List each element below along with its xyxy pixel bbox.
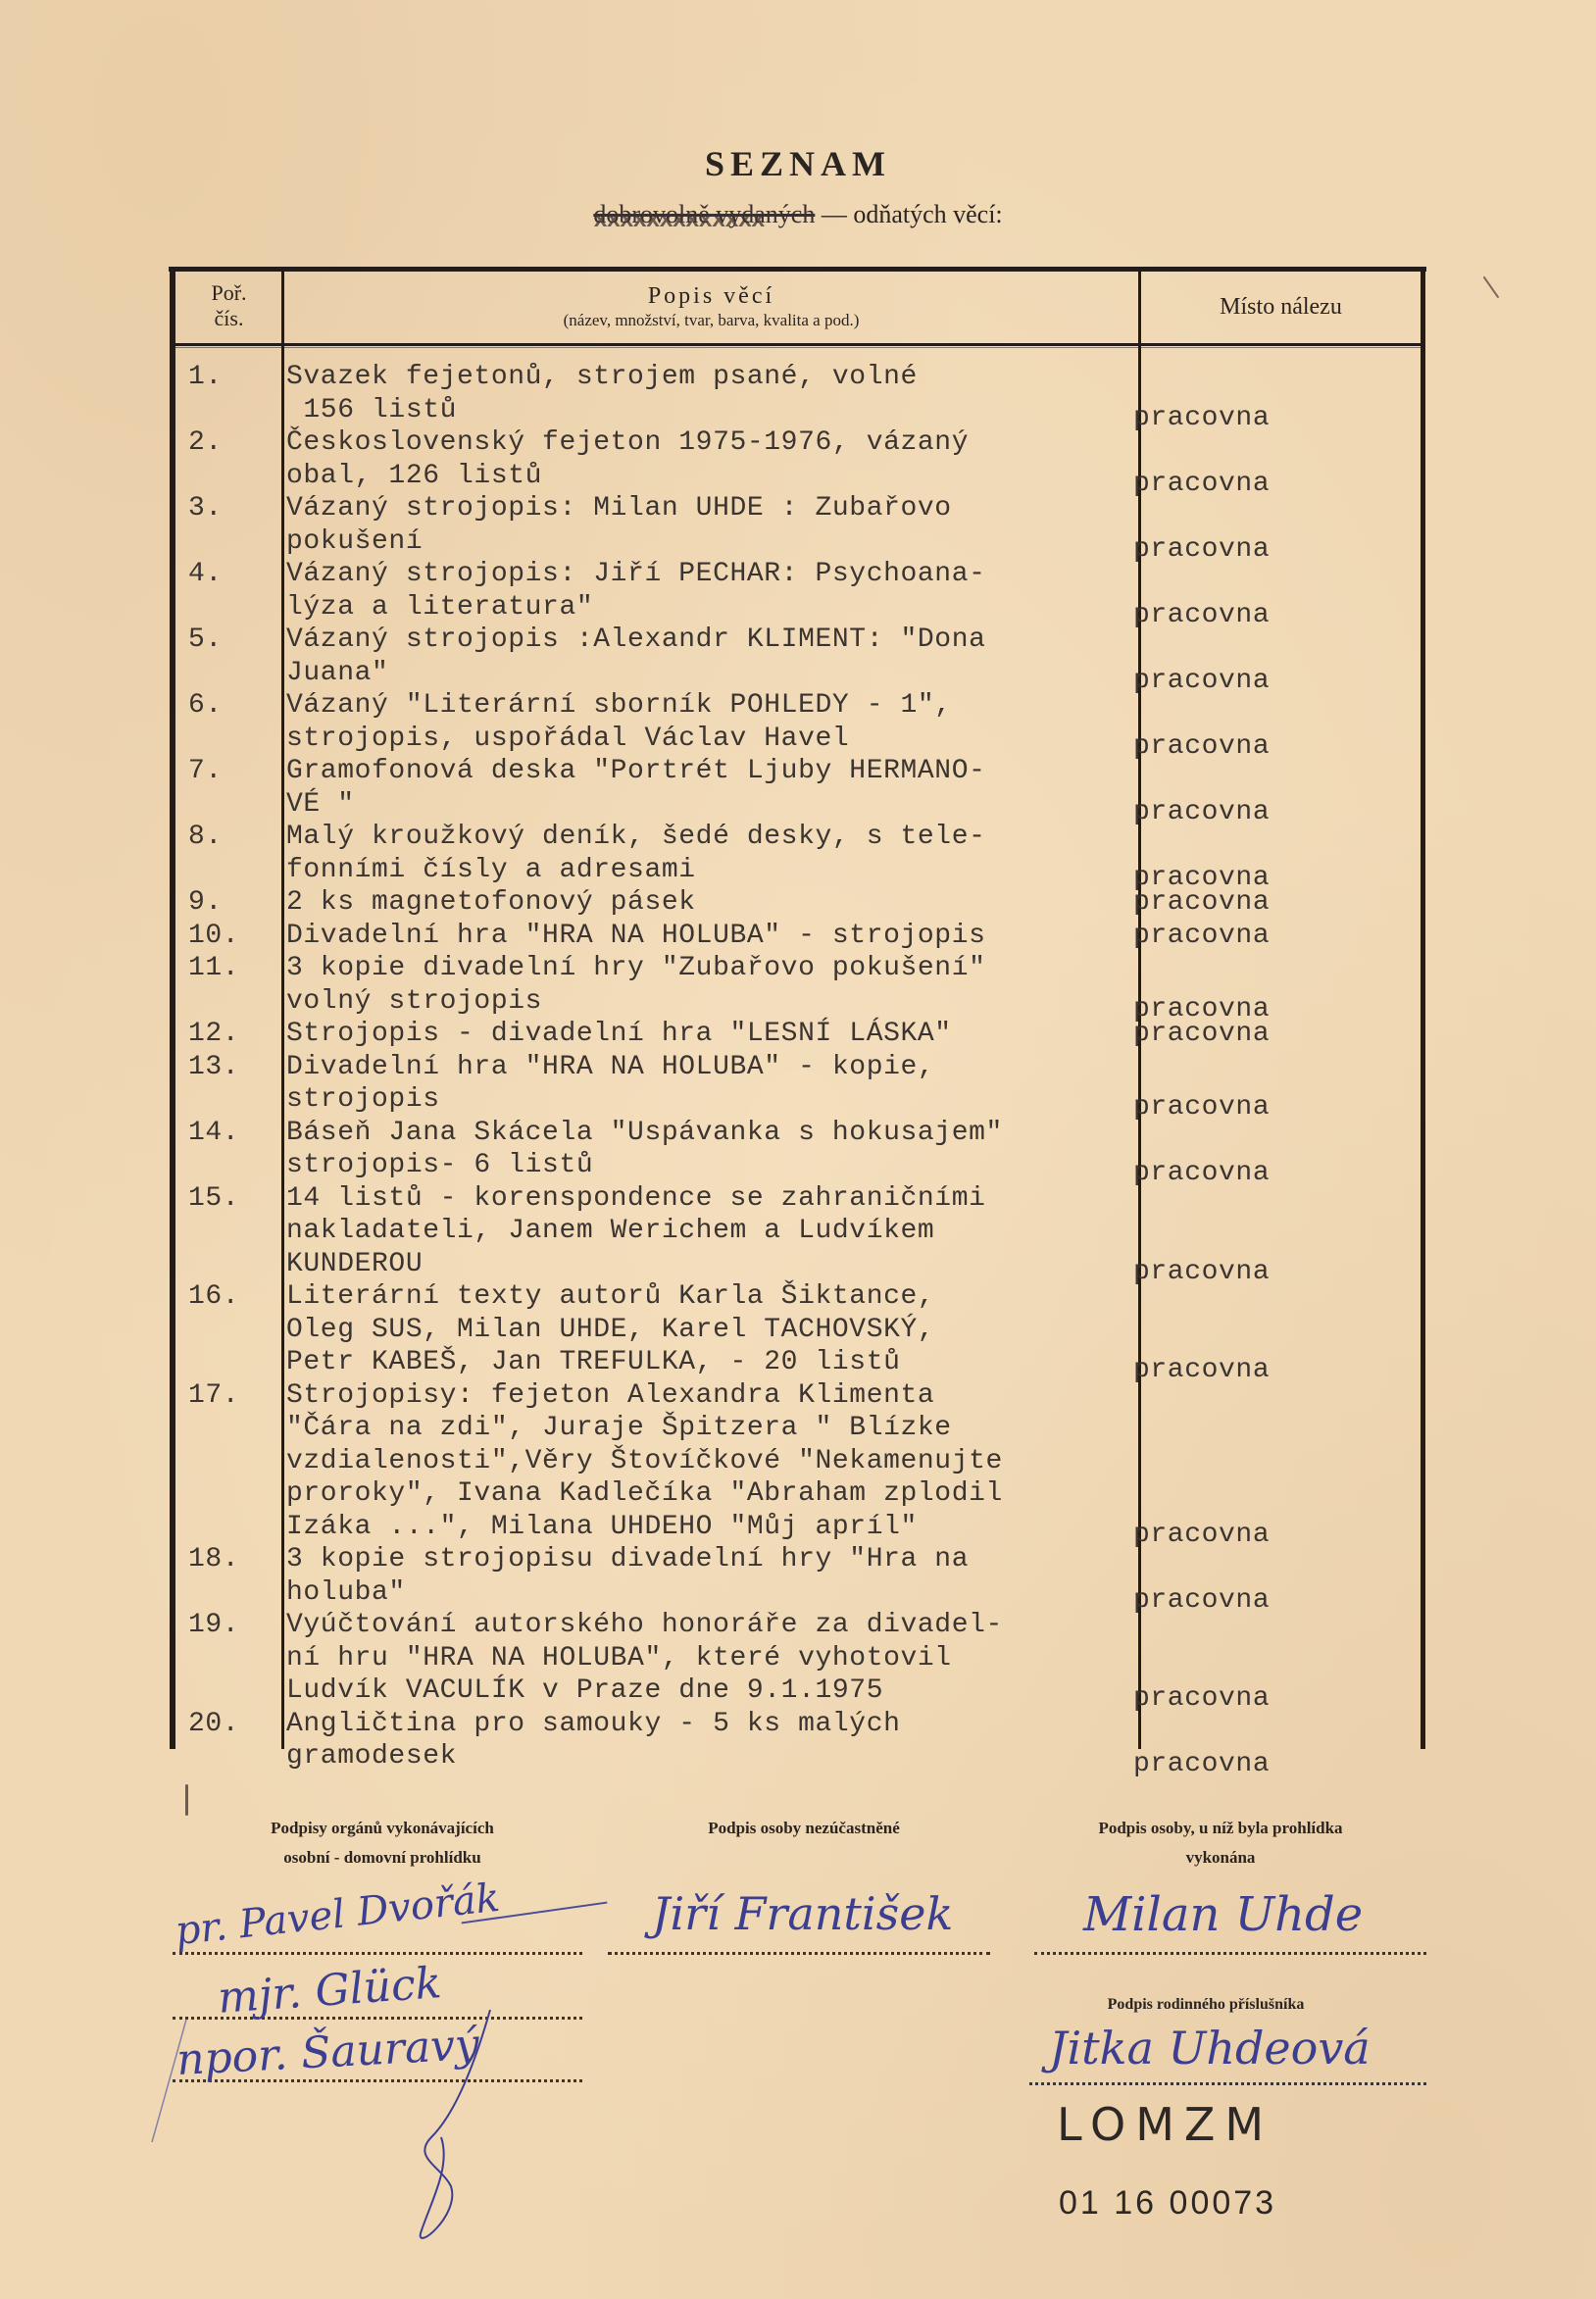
- row-description: Gramofonová deska "Portrét Ljuby HERMANO…: [286, 755, 1139, 821]
- family-signature-line[interactable]: [1029, 2082, 1426, 2085]
- row-description: Malý kroužkový deník, šedé desky, s tele…: [286, 821, 1139, 886]
- row-number: 15.: [188, 1182, 276, 1216]
- header-number-line1: Poř.: [176, 280, 281, 306]
- description-line: Strojopis - divadelní hra "LESNÍ LÁSKA": [286, 1018, 1139, 1051]
- row-location: pracovna: [1133, 796, 1310, 829]
- description-line: Československý fejeton 1975-1976, vázaný: [286, 426, 1139, 460]
- row-number: 12.: [188, 1018, 276, 1051]
- header-location: Místo nálezu: [1141, 294, 1421, 321]
- row-description: Literární texty autorů Karla Šiktance,Ol…: [286, 1280, 1139, 1379]
- header-number: Poř. čís.: [176, 280, 281, 331]
- description-line: strojopis, uspořádal Václav Havel: [286, 723, 1139, 756]
- officer-signature-1: pr. Pavel Dvořák: [174, 1875, 502, 1955]
- header-bottom-border: [173, 343, 1422, 346]
- family-label: Podpis rodinného příslušníka: [1059, 1990, 1353, 2020]
- row-description: Divadelní hra "HRA NA HOLUBA" - strojopi…: [286, 920, 1139, 953]
- witness-signature-line[interactable]: [608, 1952, 990, 1955]
- description-line: Strojopisy: fejeton Alexandra Klimenta: [286, 1379, 1139, 1413]
- row-description: 2 ks magnetofonový pásek: [286, 886, 1139, 920]
- row-location: pracovna: [1133, 1256, 1310, 1289]
- row-number: 2.: [188, 426, 276, 460]
- description-line: vzdialenosti",Věry Štovíčkové "Nekamenuj…: [286, 1445, 1139, 1478]
- margin-mark: [185, 1784, 188, 1816]
- description-line: nakladateli, Janem Werichem a Ludvíkem: [286, 1215, 1139, 1248]
- row-location: pracovna: [1133, 1354, 1310, 1387]
- row-location: pracovna: [1133, 1682, 1310, 1716]
- row-number: 7.: [188, 755, 276, 788]
- row-location: pracovna: [1133, 1584, 1310, 1618]
- row-number: 10.: [188, 920, 276, 953]
- header-number-line2: čís.: [176, 306, 281, 331]
- row-number: 8.: [188, 821, 276, 854]
- row-description: 3 kopie divadelní hry "Zubařovo pokušení…: [286, 952, 1139, 1018]
- row-description: Báseň Jana Skácela "Uspávanka s hokusaje…: [286, 1117, 1139, 1182]
- row-location: pracovna: [1133, 1018, 1310, 1051]
- description-line: VÉ ": [286, 788, 1139, 822]
- header-description-title: Popis věcí: [284, 282, 1138, 310]
- archive-stamp-number: 01 16 00073: [1059, 2184, 1276, 2223]
- subtitle-text: — odňatých věcí:: [822, 200, 1003, 228]
- description-line: Svazek fejetonů, strojem psané, volné: [286, 361, 1139, 394]
- subject-label: Podpis osoby, u níž byla prohlídka vykon…: [1015, 1814, 1426, 1873]
- header-description: Popis věcí (název, množství, tvar, barva…: [284, 282, 1138, 331]
- subject-label-line1: Podpis osoby, u níž byla prohlídka: [1015, 1814, 1426, 1843]
- row-number: 17.: [188, 1379, 276, 1413]
- row-number: 20.: [188, 1708, 276, 1741]
- header-description-sub: (název, množství, tvar, barva, kvalita a…: [284, 310, 1138, 331]
- row-description: 3 kopie strojopisu divadelní hry "Hra na…: [286, 1543, 1139, 1609]
- description-line: Ludvík VACULÍK v Praze dne 9.1.1975: [286, 1674, 1139, 1708]
- margin-scratch: [1483, 276, 1500, 298]
- row-description: Vázaný "Literární sborník POHLEDY - 1",s…: [286, 689, 1139, 755]
- description-line: KUNDEROU: [286, 1248, 1139, 1281]
- signature-tail-stroke: [373, 2000, 529, 2255]
- row-number: 16.: [188, 1280, 276, 1314]
- row-location: pracovna: [1133, 402, 1310, 435]
- row-description: Vyúčtování autorského honoráře za divade…: [286, 1609, 1139, 1708]
- row-description: Československý fejeton 1975-1976, vázaný…: [286, 426, 1139, 492]
- description-line: Vyúčtování autorského honoráře za divade…: [286, 1609, 1139, 1642]
- description-line: 156 listů: [286, 394, 1139, 427]
- description-line: Literární texty autorů Karla Šiktance,: [286, 1280, 1139, 1314]
- row-location: pracovna: [1133, 533, 1310, 567]
- row-number: 3.: [188, 492, 276, 525]
- description-line: Oleg SUS, Milan UHDE, Karel TACHOVSKÝ,: [286, 1314, 1139, 1347]
- signature-left-stroke: [147, 2020, 206, 2147]
- row-description: Strojopisy: fejeton Alexandra Klimenta"Č…: [286, 1379, 1139, 1544]
- row-description: 14 listů - korenspondence se zahraničním…: [286, 1182, 1139, 1281]
- row-location: pracovna: [1133, 730, 1310, 764]
- description-line: Vázaný strojopis: Jiří PECHAR: Psychoana…: [286, 558, 1139, 591]
- row-description: Vázaný strojopis: Milan UHDE : Zubařovop…: [286, 492, 1139, 558]
- row-location: pracovna: [1133, 1157, 1310, 1190]
- row-number: 14.: [188, 1117, 276, 1150]
- row-description: Divadelní hra "HRA NA HOLUBA" - kopie,st…: [286, 1051, 1139, 1117]
- officers-label-line2: osobní - domovní prohlídku: [176, 1843, 588, 1873]
- row-description: Vázaný strojopis: Jiří PECHAR: Psychoana…: [286, 558, 1139, 624]
- description-line: Malý kroužkový deník, šedé desky, s tele…: [286, 821, 1139, 854]
- description-line: 14 listů - korenspondence se zahraničním…: [286, 1182, 1139, 1216]
- description-line: strojopis: [286, 1083, 1139, 1117]
- row-number: 19.: [188, 1609, 276, 1642]
- description-line: Angličtina pro samouky - 5 ks malých: [286, 1708, 1139, 1741]
- description-line: 3 kopie divadelní hry "Zubařovo pokušení…: [286, 952, 1139, 985]
- description-line: Gramofonová deska "Portrét Ljuby HERMANO…: [286, 755, 1139, 788]
- row-number: 1.: [188, 361, 276, 394]
- table-left-border: [170, 269, 175, 1749]
- struck-out-text: dobrovolně vydaných: [593, 200, 815, 229]
- description-line: fonními čísly a adresami: [286, 854, 1139, 887]
- row-number: 18.: [188, 1543, 276, 1576]
- archive-stamp-code: LOMZM: [1057, 2098, 1273, 2151]
- row-location: pracovna: [1133, 665, 1310, 698]
- description-line: lýza a literatura": [286, 591, 1139, 625]
- header-bottom-border-2: [173, 347, 1422, 348]
- officer-signature-line-1[interactable]: [173, 1952, 582, 1955]
- row-number: 11.: [188, 952, 276, 985]
- family-signature: Jitka Uhdeová: [1049, 2022, 1371, 2074]
- row-number: 6.: [188, 689, 276, 723]
- row-number: 13.: [188, 1051, 276, 1084]
- description-line: 3 kopie strojopisu divadelní hry "Hra na: [286, 1543, 1139, 1576]
- description-line: Izáka ...", Milana UHDEHO "Můj apríl": [286, 1511, 1139, 1544]
- column-divider-number: [281, 272, 284, 1749]
- document-title: SEZNAM: [0, 143, 1596, 184]
- description-line: Vázaný strojopis :Alexandr KLIMENT: "Don…: [286, 624, 1139, 657]
- table-right-border: [1421, 269, 1425, 1749]
- row-number: 4.: [188, 558, 276, 591]
- witness-label: Podpis osoby nezúčastněné: [608, 1814, 1000, 1843]
- description-line: holuba": [286, 1576, 1139, 1610]
- description-line: ní hru "HRA NA HOLUBA", které vyhotovil: [286, 1642, 1139, 1675]
- row-number: 9.: [188, 886, 276, 920]
- witness-signature: Jiří František: [652, 1887, 953, 1940]
- table-top-border: [169, 267, 1426, 272]
- subject-signature-line[interactable]: [1034, 1952, 1426, 1955]
- description-line: obal, 126 listů: [286, 460, 1139, 493]
- document-subtitle: dobrovolně vydaných — odňatých věcí:: [0, 200, 1596, 229]
- description-line: proroky", Ivana Kadlečíka "Abraham zplod…: [286, 1477, 1139, 1511]
- description-line: pokušení: [286, 525, 1139, 559]
- description-line: Divadelní hra "HRA NA HOLUBA" - kopie,: [286, 1051, 1139, 1084]
- row-location: pracovna: [1133, 1748, 1310, 1781]
- row-location: pracovna: [1133, 468, 1310, 501]
- row-description: Svazek fejetonů, strojem psané, volné 15…: [286, 361, 1139, 426]
- description-line: gramodesek: [286, 1740, 1139, 1774]
- row-location: pracovna: [1133, 1519, 1310, 1552]
- description-line: Báseň Jana Skácela "Uspávanka s hokusaje…: [286, 1117, 1139, 1150]
- description-line: 2 ks magnetofonový pásek: [286, 886, 1139, 920]
- subject-signature: Milan Uhde: [1083, 1887, 1363, 1942]
- description-line: "Čára na zdi", Juraje Špitzera " Blízke: [286, 1412, 1139, 1445]
- row-description: Angličtina pro samouky - 5 ks malýchgram…: [286, 1708, 1139, 1774]
- row-description: Strojopis - divadelní hra "LESNÍ LÁSKA": [286, 1018, 1139, 1051]
- description-line: Petr KABEŠ, Jan TREFULKA, - 20 listů: [286, 1346, 1139, 1379]
- officers-label-line1: Podpisy orgánů vykonávajících: [176, 1814, 588, 1843]
- subject-label-line2: vykonána: [1015, 1843, 1426, 1873]
- description-line: volný strojopis: [286, 985, 1139, 1019]
- row-location: pracovna: [1133, 599, 1310, 632]
- row-location: pracovna: [1133, 886, 1310, 920]
- description-line: Vázaný strojopis: Milan UHDE : Zubařovo: [286, 492, 1139, 525]
- description-line: Vázaný "Literární sborník POHLEDY - 1",: [286, 689, 1139, 723]
- row-location: pracovna: [1133, 920, 1310, 953]
- officers-label: Podpisy orgánů vykonávajících osobní - d…: [176, 1814, 588, 1873]
- description-line: Divadelní hra "HRA NA HOLUBA" - strojopi…: [286, 920, 1139, 953]
- row-number: 5.: [188, 624, 276, 657]
- description-line: Juana": [286, 657, 1139, 690]
- description-line: strojopis- 6 listů: [286, 1149, 1139, 1182]
- row-location: pracovna: [1133, 1091, 1310, 1125]
- row-description: Vázaný strojopis :Alexandr KLIMENT: "Don…: [286, 624, 1139, 689]
